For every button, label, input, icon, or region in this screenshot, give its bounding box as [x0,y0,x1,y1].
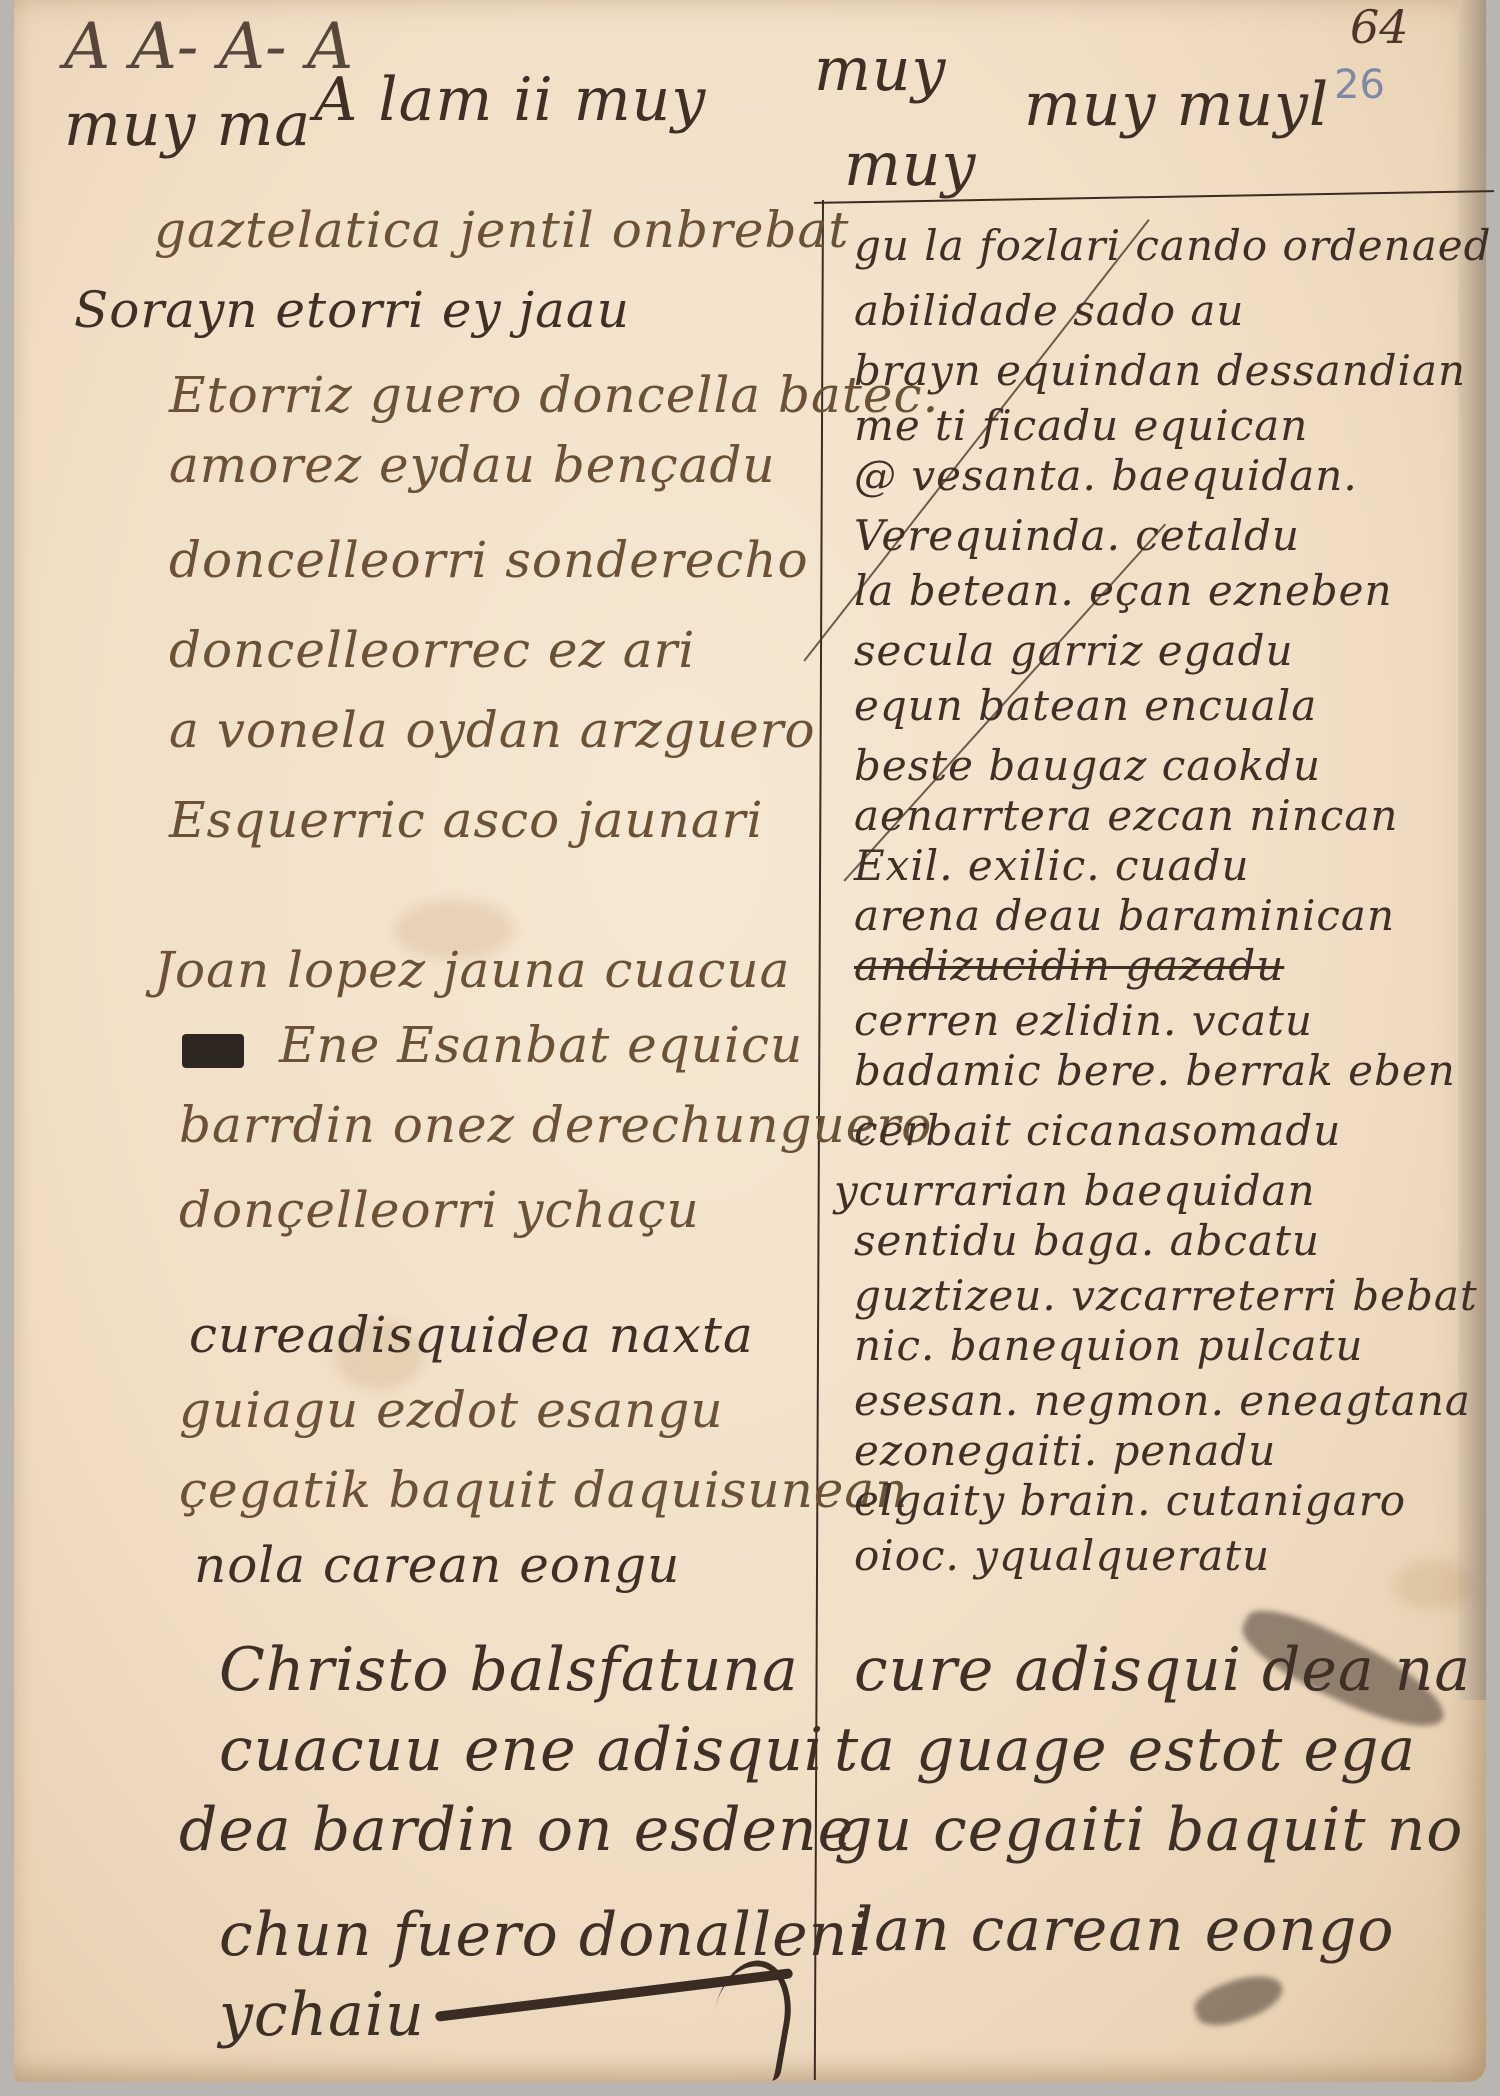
struck-text-line: andizucidin gazadu [854,945,1284,987]
pen-trials: A A- A- A [64,10,353,84]
text-line: Exil. exilic. cuadu [854,845,1250,887]
text-line: cuacuu ene adisqui [219,1720,824,1780]
text-line: Esquerric asco jaunari [169,795,764,845]
text-line: arena deau baraminican [854,895,1395,937]
text-line: guztizeu. vzcarreterri bebat [854,1275,1478,1317]
ink-smudge [1190,1966,1288,2034]
text-line: Joan lopez jauna cuacua [154,945,790,995]
text-line: gu la fozlari cando ordenaed [854,225,1491,267]
text-line: equn batean encuala [854,685,1317,727]
text-line: secula garriz egadu [854,630,1294,672]
text-line: Christo balsfatuna [219,1640,799,1700]
text-line: @ vesanta. baequidan. [854,455,1358,497]
text-line: cerren ezlidin. vcatu [854,1000,1313,1042]
text-line: ezonegaiti. penadu [854,1430,1276,1472]
text-line: nic. banequion pulcatu [854,1325,1363,1367]
text-line: dea bardin on esdene [179,1800,854,1860]
text-line: abilidade sado au [854,290,1244,332]
text-line: sentidu baga. abcatu [854,1220,1320,1262]
text-line: cerbait cicanasomadu [854,1110,1341,1152]
manuscript-page: A A- A- A muy ma A lam ii muy muy muy mu… [14,0,1486,2082]
text-line: la betean. eçan ezneben [854,570,1393,612]
header-text: muy [814,40,946,100]
text-line: guiagu ezdot esangu [179,1385,724,1435]
text-line: brayn equindan dessandian [854,350,1466,392]
text-line: doncelleorri sonderecho [169,535,809,585]
text-line: Ene Esanbat equicu [279,1020,803,1070]
stain [1394,1560,1474,1610]
text-line: amorez eydau bençadu [169,440,776,490]
ink-blot [182,1034,244,1068]
text-line: Sorayn etorri ey jaau [74,285,630,335]
text-line: ychaiu [219,1985,425,2045]
text-line: Verequinda. cetaldu [854,515,1300,557]
text-line: cure adisqui dea na [854,1640,1471,1700]
text-line: gaztelatica jentil onbrebat [154,205,849,255]
text-line: ycurrarian baequidan [834,1170,1316,1212]
text-line: gu cegaiti baquit no [834,1800,1463,1860]
header-text: A lam ii muy [314,70,706,130]
text-line: lan carean eongo [854,1900,1395,1960]
text-line: ta guage estot ega [834,1720,1416,1780]
header-text: muy muyl [1024,75,1329,135]
text-line: doncelleorrec ez ari [169,625,695,675]
text-line: elgaity brain. cutanigaro [854,1480,1406,1522]
text-line: donçelleorri ychaçu [179,1185,700,1235]
text-line: çegatik baquit daquisunean [179,1465,908,1515]
text-line: Etorriz guero doncella batec. [169,370,939,420]
text-line: me ti ficadu equican [854,405,1308,447]
text-line: nola carean eongu [194,1540,680,1590]
header-text: muy ma [64,95,311,155]
header-text: muy [844,135,976,195]
text-line: aenarrtera ezcan nincan [854,795,1398,837]
text-line: cureadisquidea naxta [189,1310,754,1360]
text-line: oioc. yqualqueratu [854,1535,1270,1577]
folio-number: 64 [1350,0,1409,54]
text-line: a vonela oydan arzguero [169,705,816,755]
folio-number-pencil: 26 [1334,62,1385,108]
text-line: barrdin onez derechunguero [179,1100,932,1150]
text-line: badamic bere. berrak eben [854,1050,1456,1092]
text-line: esesan. negmon. eneagtana [854,1380,1471,1422]
text-line: beste baugaz caokdu [854,745,1321,787]
text-line: chun fuero donalleni [219,1905,869,1965]
